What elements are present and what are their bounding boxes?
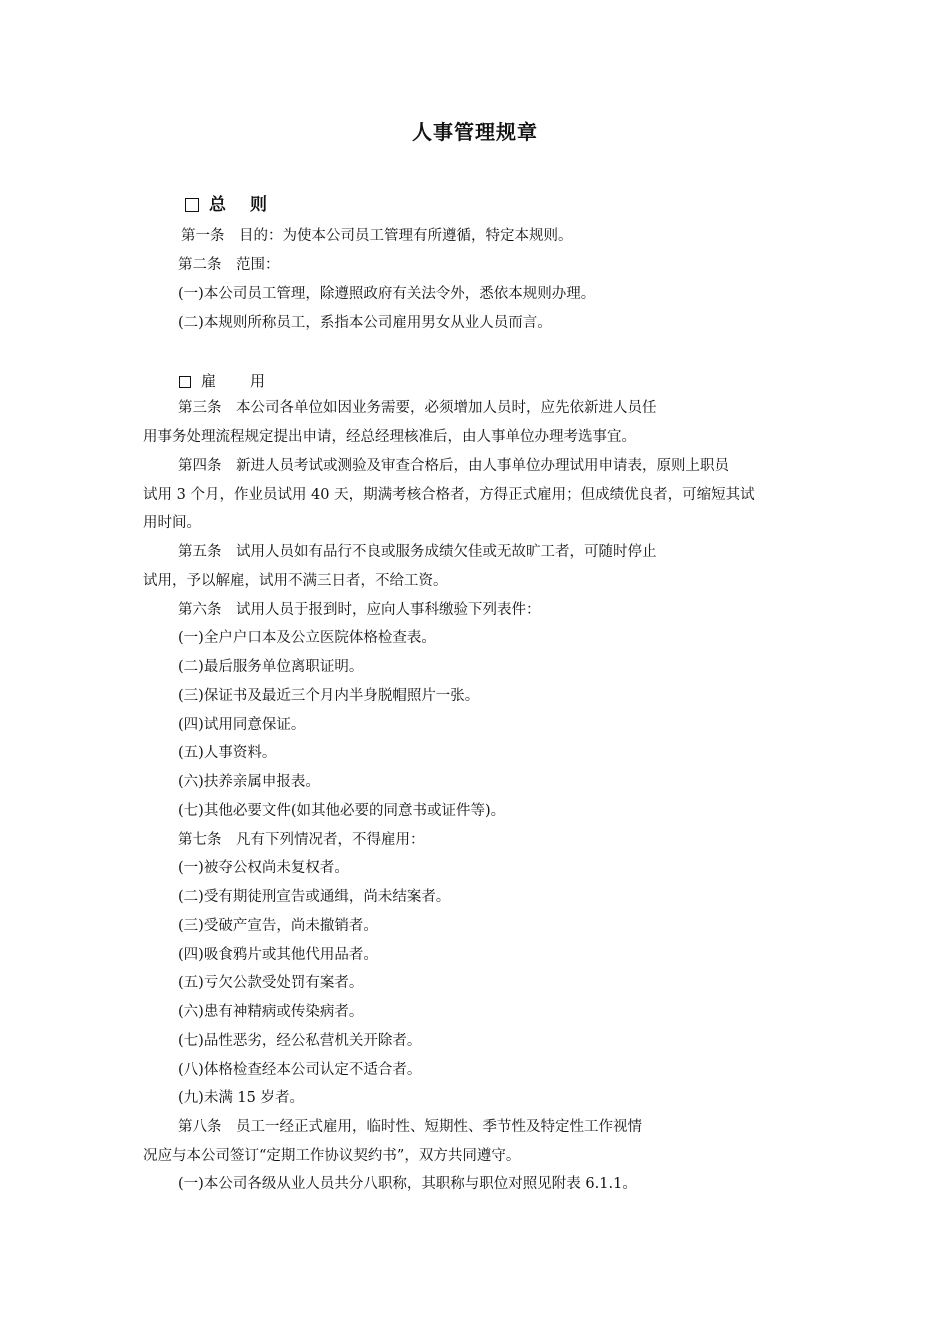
- paragraph-line: 第八条 员工一经正式雇用，临时性、短期性、季节性及特定性工作视情: [178, 1117, 642, 1137]
- paragraph-line: 第五条 试用人员如有品行不良或服务成绩欠佳或无故旷工者，可随时停止: [178, 542, 657, 562]
- heading-char: 总: [209, 195, 226, 215]
- list-item: (九)未满 15 岁者。: [178, 1088, 304, 1108]
- list-item: (二)受有期徒刑宣告或通缉，尚未结案者。: [178, 887, 450, 907]
- list-item: (二)最后服务单位离职证明。: [178, 657, 363, 677]
- list-item: (四)吸食鸦片或其他代用品者。: [178, 945, 378, 965]
- list-item: (三)保证书及最近三个月内半身脱帽照片一张。: [178, 686, 479, 706]
- heading-char: 用: [250, 372, 265, 390]
- list-item: (八)体格检查经本公司认定不适合者。: [178, 1060, 421, 1080]
- paragraph-line: (二)本规则所称员工，系指本公司雇用男女从业人员而言。: [178, 313, 552, 333]
- paragraph-line: 第七条 凡有下列情况者，不得雇用：: [178, 830, 425, 850]
- list-item: (一)本公司各级从业人员共分八职称，其职称与职位对照见附表 6.1.1。: [178, 1174, 637, 1194]
- list-item: (一)全户户口本及公立医院体格检查表。: [178, 628, 436, 648]
- list-item: (五)人事资料。: [178, 743, 276, 763]
- paragraph-line: 用时间。: [143, 513, 201, 533]
- paragraph-line: 用事务处理流程规定提出申请，经总经理核准后，由人事单位办理考选事宜。: [143, 427, 636, 447]
- paragraph-line: 第四条 新进人员考试或测验及审查合格后，由人事单位办理试用申请表，原则上职员: [178, 456, 729, 476]
- heading-char: 则: [250, 195, 267, 215]
- paragraph-line: 试用 3 个月，作业员试用 40 天，期满考核合格者，方得正式雇用；但成绩优良者…: [143, 485, 755, 505]
- section-heading-general: 总则: [185, 190, 267, 215]
- paragraph-line: 第六条 试用人员于报到时，应向人事科缴验下列表件：: [178, 600, 541, 620]
- list-item: (七)品性恶劣，经公私营机关开除者。: [178, 1031, 421, 1051]
- list-item: (七)其他必要文件(如其他必要的同意书或证件等)。: [178, 801, 505, 821]
- list-item: (六)患有神精病或传染病者。: [178, 1002, 363, 1022]
- list-item: (一)被夺公权尚未复权者。: [178, 858, 349, 878]
- checkbox-square-icon: [185, 198, 199, 212]
- list-item: (五)亏欠公款受处罚有案者。: [178, 973, 363, 993]
- list-item: (三)受破产宣告，尚未撤销者。: [178, 916, 378, 936]
- list-item: (六)扶养亲属申报表。: [178, 772, 320, 792]
- section-heading-employment: 雇用: [179, 370, 265, 391]
- paragraph-line: 第二条 范围：: [178, 255, 280, 275]
- paragraph-line: 第三条 本公司各单位如因业务需要，必须增加人员时，应先依新进人员任: [178, 398, 657, 418]
- paragraph-line: 第一条 目的：为使本公司员工管理有所遵循，特定本规则。: [181, 226, 573, 246]
- paragraph-line: 况应与本公司签订“定期工作协议契约书”，双方共同遵守。: [143, 1146, 520, 1166]
- paragraph-line: 试用，予以解雇，试用不满三日者，不给工资。: [143, 571, 448, 591]
- checkbox-square-icon: [179, 376, 191, 388]
- list-item: (四)试用同意保证。: [178, 715, 305, 735]
- paragraph-line: (一)本公司员工管理，除遵照政府有关法令外，悉依本规则办理。: [178, 284, 595, 304]
- heading-char: 雇: [201, 372, 216, 390]
- document-title: 人事管理规章: [0, 116, 950, 145]
